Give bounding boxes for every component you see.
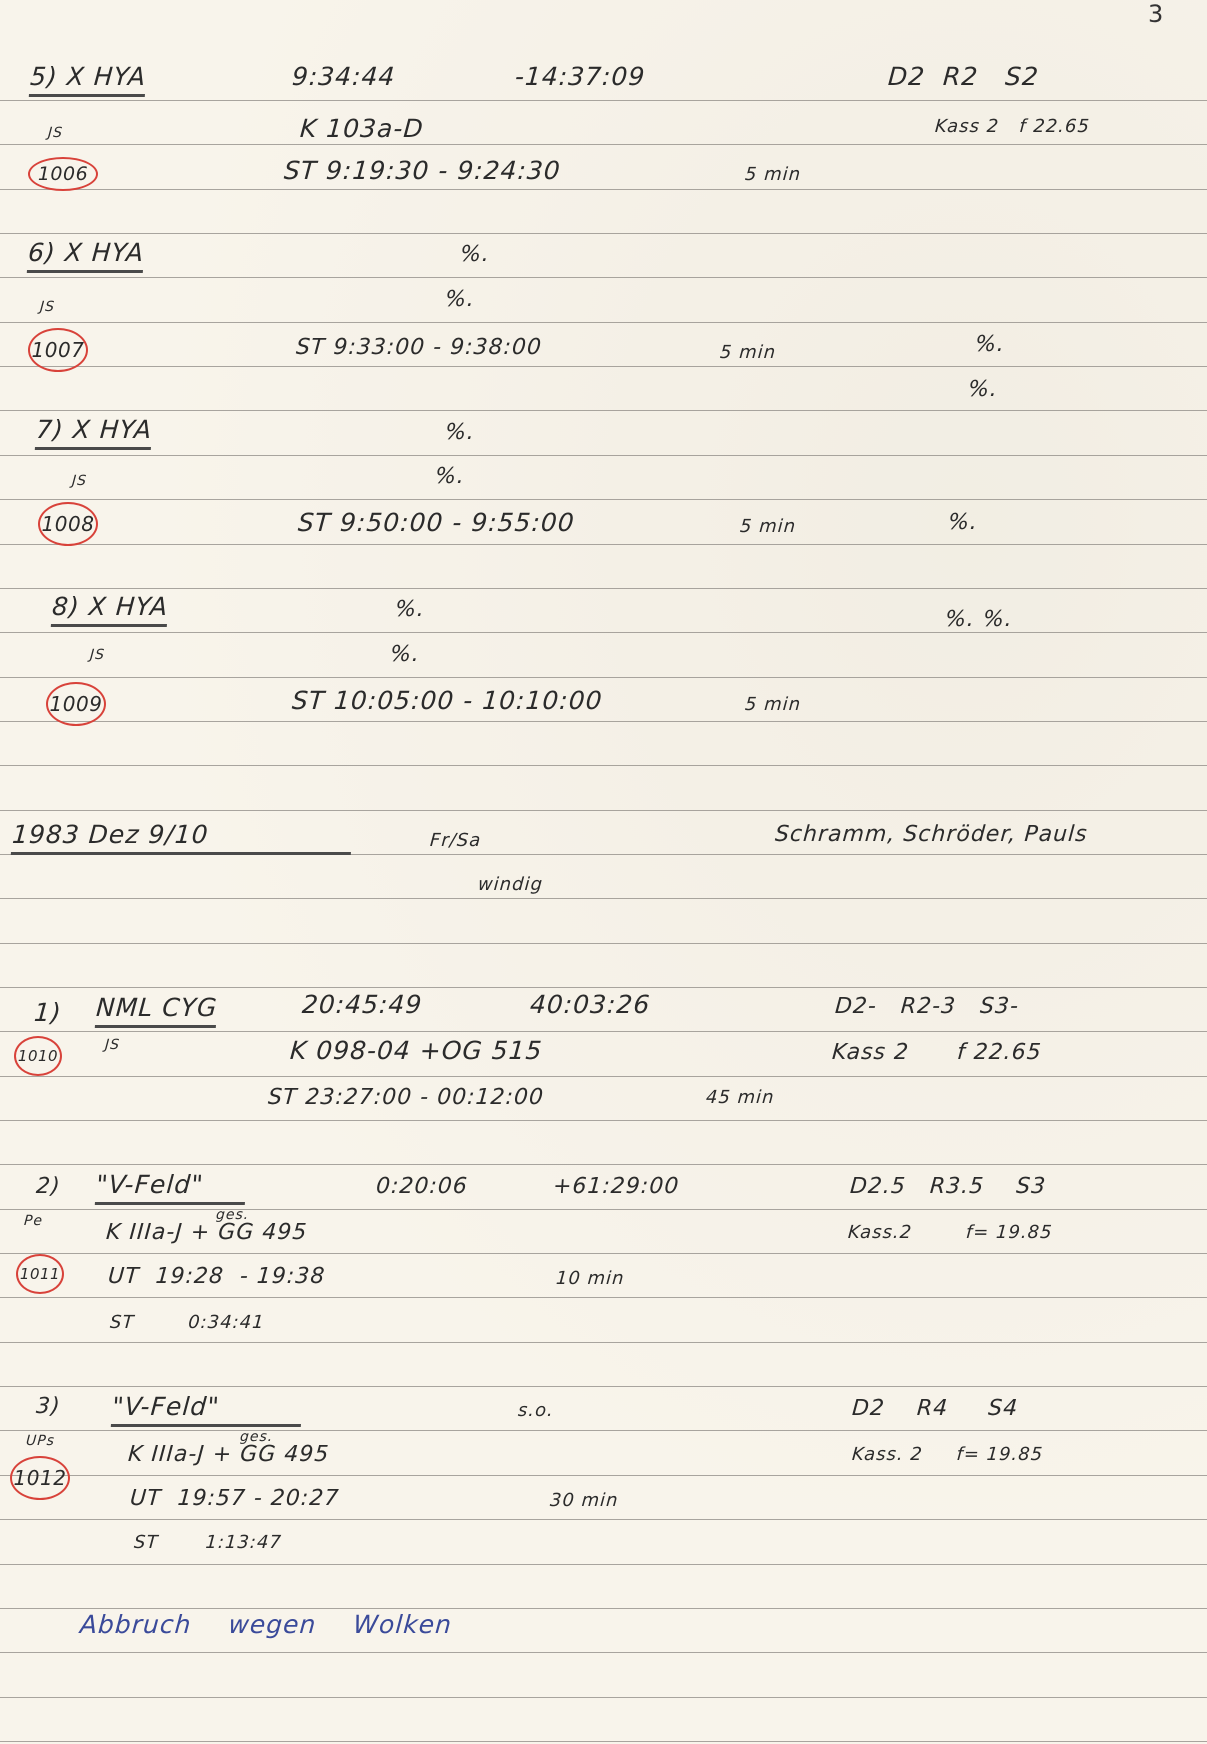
ruled-line xyxy=(0,499,1207,500)
entry-emulsion: K 098-04 +OG 515 xyxy=(289,1036,544,1066)
entry-dec: +61:29:00 xyxy=(552,1172,680,1202)
entry-dec: 40:03:26 xyxy=(529,990,651,1020)
entry-exposure-ut: UT 19:57 - 20:27 xyxy=(129,1484,340,1514)
ruled-line xyxy=(0,677,1207,678)
closing-note: Abbruch wegen Wolken xyxy=(79,1610,453,1640)
plate-number-circle: 1011 xyxy=(16,1254,64,1294)
entry-ratings: D2- R2-3 S3- xyxy=(834,992,1020,1022)
ruled-line xyxy=(0,632,1207,633)
ruled-line xyxy=(0,1697,1207,1698)
ruled-line xyxy=(0,1564,1207,1565)
entry-observer: JS xyxy=(39,292,56,322)
ruled-line xyxy=(0,1741,1207,1742)
ruled-line xyxy=(0,588,1207,589)
plate-number-circle: 1009 xyxy=(46,682,106,726)
ditto-mark: %. xyxy=(967,375,999,405)
entry-cassette-focus: Kass 2 f 22.65 xyxy=(831,1038,1043,1068)
entry-object-title: 8) X HYA xyxy=(51,592,169,627)
entry-duration: 5 min xyxy=(744,160,802,190)
entry-ra: 20:45:49 xyxy=(301,990,423,1020)
entry-ra: 0:20:06 xyxy=(375,1172,469,1202)
ditto-mark: %. xyxy=(389,640,421,670)
page-number: 3 xyxy=(1148,0,1163,28)
entry-index: 3) xyxy=(35,1392,62,1422)
entry-emulsion: K IIIa-J + GG 495 xyxy=(127,1440,330,1470)
entry-emulsion: K 103a-D xyxy=(299,114,425,144)
ditto-mark: %. xyxy=(459,240,491,270)
ruled-line xyxy=(0,1342,1207,1343)
ruled-line xyxy=(0,233,1207,234)
entry-object-title: 7) X HYA xyxy=(35,415,153,450)
ruled-line xyxy=(0,765,1207,766)
session-weather: windig xyxy=(477,870,544,900)
ruled-line xyxy=(0,1386,1207,1387)
session-observers: Schramm, Schröder, Pauls xyxy=(774,820,1089,850)
ruled-line xyxy=(0,898,1207,899)
entry-exposure: ST 9:19:30 - 9:24:30 xyxy=(283,156,562,186)
entry-ra: s.o. xyxy=(517,1396,555,1426)
entry-emulsion: K IIIa-J + GG 495 xyxy=(105,1218,308,1248)
entry-duration: 5 min xyxy=(719,338,777,368)
ruled-line xyxy=(0,322,1207,323)
entry-observer: JS xyxy=(71,466,88,496)
entry-exposure-ut: UT 19:28 - 19:38 xyxy=(107,1262,326,1292)
ruled-line xyxy=(0,277,1207,278)
ruled-line xyxy=(0,1120,1207,1121)
entry-object-title: "V-Feld" xyxy=(111,1392,303,1427)
ruled-line xyxy=(0,1519,1207,1520)
ruled-line xyxy=(0,987,1207,988)
ditto-mark: %. xyxy=(444,285,476,315)
ruled-line xyxy=(0,144,1207,145)
entry-observer: UPs xyxy=(25,1426,56,1456)
session-date: 1983 Dez 9/10 xyxy=(11,820,353,855)
entry-cassette-focus: Kass. 2 f= 19.85 xyxy=(851,1440,1044,1470)
ruled-line xyxy=(0,1652,1207,1653)
ruled-line xyxy=(0,544,1207,545)
entry-exposure: ST 9:50:00 - 9:55:00 xyxy=(297,508,576,538)
ruled-line xyxy=(0,1253,1207,1254)
ruled-line xyxy=(0,100,1207,101)
ruled-line xyxy=(0,1164,1207,1165)
session-weekday: Fr/Sa xyxy=(429,826,482,856)
ruled-line xyxy=(0,810,1207,811)
ruled-line xyxy=(0,1031,1207,1032)
entry-duration: 5 min xyxy=(739,512,797,542)
plate-number-circle: 1006 xyxy=(28,157,98,191)
entry-index: 2) xyxy=(35,1172,62,1202)
ditto-mark: %. xyxy=(444,418,476,448)
plate-number-circle: 1012 xyxy=(10,1456,70,1500)
ruled-line xyxy=(0,721,1207,722)
entry-index: 1) xyxy=(33,998,63,1028)
entry-observer: Pe xyxy=(23,1206,44,1236)
ditto-mark: %. xyxy=(947,508,979,538)
entry-cassette-focus: Kass 2 f 22.65 xyxy=(934,112,1091,142)
entry-duration: 10 min xyxy=(555,1264,626,1294)
entry-observer: JS xyxy=(47,118,64,148)
plate-number-circle: 1007 xyxy=(28,328,88,372)
entry-object-title: 5) X HYA xyxy=(29,62,147,97)
ruled-line xyxy=(0,1297,1207,1298)
ruled-line xyxy=(0,1430,1207,1431)
entry-object-title: NML CYG xyxy=(95,993,219,1028)
entry-ratings: D2 R4 S4 xyxy=(851,1394,1019,1424)
entry-observer: JS xyxy=(89,640,106,670)
ruled-line xyxy=(0,410,1207,411)
ruled-lines xyxy=(0,0,1207,1744)
entry-ra: 9:34:44 xyxy=(291,62,396,92)
entry-duration: 45 min xyxy=(705,1083,776,1113)
ruled-line xyxy=(0,455,1207,456)
ruled-line xyxy=(0,189,1207,190)
ruled-line xyxy=(0,1475,1207,1476)
entry-exposure: ST 9:33:00 - 9:38:00 xyxy=(295,333,543,363)
ditto-mark: %. xyxy=(974,330,1006,360)
entry-object-title: 6) X HYA xyxy=(27,238,145,273)
ruled-line xyxy=(0,1608,1207,1609)
entry-dec: -14:37:09 xyxy=(514,62,646,92)
plate-number-circle: 1010 xyxy=(14,1036,62,1076)
entry-ratings: D2.5 R3.5 S3 xyxy=(849,1172,1047,1202)
entry-exposure: ST 10:05:00 - 10:10:00 xyxy=(291,686,604,716)
plate-number-circle: 1008 xyxy=(38,502,98,546)
ruled-line xyxy=(0,366,1207,367)
entry-sidereal: ST 0:34:41 xyxy=(109,1308,266,1338)
entry-observer: JS xyxy=(104,1030,121,1060)
entry-exposure: ST 23:27:00 - 00:12:00 xyxy=(267,1083,545,1113)
ditto-mark: %. %. xyxy=(944,605,1014,635)
entry-cassette-focus: Kass.2 f= 19.85 xyxy=(847,1218,1054,1248)
ruled-line xyxy=(0,1209,1207,1210)
entry-duration: 5 min xyxy=(744,690,802,720)
ruled-line xyxy=(0,1076,1207,1077)
entry-ratings: D2 R2 S2 xyxy=(887,62,1040,92)
ditto-mark: %. xyxy=(394,595,426,625)
ditto-mark: %. xyxy=(434,462,466,492)
ruled-line xyxy=(0,943,1207,944)
entry-duration: 30 min xyxy=(549,1486,620,1516)
entry-sidereal: ST 1:13:47 xyxy=(133,1528,283,1558)
